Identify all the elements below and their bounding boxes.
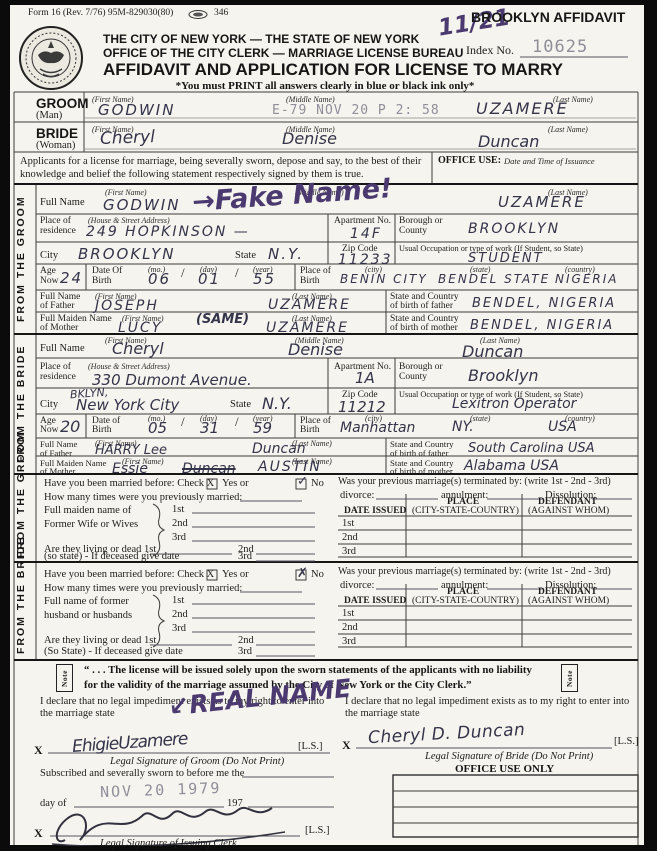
father-label: of Father — [40, 301, 75, 311]
bride-row-sublabel: (Woman) — [36, 140, 75, 151]
groom-borough-value: BROOKLYN — [468, 221, 560, 237]
pob-label: Place of — [300, 266, 331, 276]
bride-middle-name-value: Denise — [282, 129, 337, 148]
bride-father-first-value: HARRY Lee — [95, 443, 167, 458]
groom-father-last-value: UZAMERE — [268, 297, 351, 313]
father-birthplace-label: of birth of father — [390, 448, 448, 458]
city-label: City — [40, 399, 58, 410]
table-row-2nd: 2nd — [342, 622, 358, 633]
groom-birth-country-value: NIGERIA — [555, 272, 618, 286]
groom-row-label: GROOM — [36, 96, 89, 111]
bride-row-label: BRIDE — [36, 126, 78, 141]
bride-dob-year: 59 — [253, 419, 272, 437]
bride-father-last-value: Duncan — [252, 441, 306, 457]
groom-father-birthplace-value: BENDEL, NIGERIA — [472, 296, 616, 311]
bride-x-mark: X — [342, 738, 351, 753]
slash: / — [235, 265, 239, 281]
table-row-3rd: 3rd — [342, 546, 356, 557]
living-3rd-label: 3rd — [238, 646, 252, 657]
pob-label: Birth — [300, 276, 320, 286]
mother-label: of Mother — [40, 466, 75, 476]
place-column-subheader: (CITY-STATE-COUNTRY) — [412, 596, 519, 606]
slash: / — [181, 265, 185, 281]
state-label: State — [235, 250, 256, 261]
full-name-label: Full Name — [40, 343, 85, 354]
print-code: 346 — [214, 8, 228, 18]
bride-mother-struck-name: Duncan — [182, 461, 236, 477]
clerk-x-mark: X — [34, 826, 43, 841]
bride-address-value: 330 Dumont Avenue. — [92, 371, 252, 389]
borough-label: County — [399, 372, 427, 382]
groom-dob-month: 06 — [148, 270, 171, 288]
divorce-label: divorce: — [340, 580, 374, 591]
affidavit-type: BROOKLYN AFFIDAVIT — [471, 9, 625, 25]
mother-birthplace-label: of birth of mother — [390, 323, 458, 333]
deceased-date-label: (So State) - If deceased give date — [44, 646, 183, 657]
no-option-label: No — [311, 478, 324, 489]
bride-birth-country-value: USA — [548, 419, 577, 435]
note-box-right: Note — [561, 664, 578, 692]
groom-section-side-label: FROM THE GROOM — [15, 188, 27, 330]
bride-father-birthplace-value: South Carolina USA — [468, 441, 594, 456]
state-label: State — [230, 399, 251, 410]
yes-option-label: Yes or — [222, 569, 249, 580]
bride-first-name-value: Cheryl — [100, 127, 156, 149]
groom-mother-last-value: UZAMERE — [266, 320, 349, 336]
office-use-only-header: OFFICE USE ONLY — [455, 763, 554, 775]
bride-mother-first-value: Essie — [112, 461, 148, 477]
clerk-ls-label: [L.S.] — [305, 825, 330, 836]
ordinal-2nd: 2nd — [172, 609, 188, 620]
groom-occupation-value: STUDENT — [468, 251, 544, 266]
residence-label: residence — [40, 372, 76, 382]
groom-birth-state-value: BENDEL STATE — [438, 272, 550, 286]
groom-signature-caption: Legal Signature of Groom (Do Not Print) — [110, 756, 284, 767]
place-column-subheader: (CITY-STATE-COUNTRY) — [412, 506, 519, 516]
office-use-label: OFFICE USE: — [438, 155, 501, 166]
form-number: Form 16 (Rev. 7/76) 95M-829030(80) — [28, 8, 173, 18]
no-option-label: No — [311, 569, 324, 580]
ordinal-1st: 1st — [172, 504, 184, 515]
table-row-1st: 1st — [342, 518, 354, 529]
bride-dob-day: 31 — [200, 419, 219, 437]
age-label: Age — [40, 266, 56, 276]
terminated-question: Was your previous marriage(s) terminated… — [338, 476, 611, 487]
bride-apartment-value: 1A — [355, 369, 375, 387]
full-name-label: Full Name — [40, 197, 85, 208]
bride-last-name-value: Duncan — [478, 132, 539, 151]
groom-x-mark: X — [34, 743, 43, 758]
groom-full-first-value: GODWIN — [103, 196, 180, 214]
house-street-label: (House & Street Address) — [88, 362, 170, 371]
bride-full-last-value: Duncan — [462, 342, 523, 361]
father-birthplace-label: of birth of father — [390, 301, 453, 311]
residence-label: residence — [40, 226, 76, 236]
dob-label: Date Of — [92, 266, 122, 276]
last-name-label: (Last Name) — [548, 125, 588, 134]
bride-full-first-value: Cheryl — [112, 339, 164, 358]
bride-ls-label: [L.S.] — [614, 736, 639, 747]
groom-last-name-value: UZAMERE — [476, 99, 569, 118]
apartment-label: Apartment No. — [334, 216, 391, 226]
note-label: Note — [60, 670, 69, 687]
table-row-1st: 1st — [342, 608, 354, 619]
bride-occupation-value: Lexitron Operator — [452, 396, 576, 412]
bride-history-side-label: FROM THE BRIDE — [15, 568, 27, 654]
former-spouse-label: Full maiden name of — [44, 505, 131, 516]
times-married-question: How many times were you previously marri… — [44, 492, 242, 503]
nyc-city-seal — [18, 25, 84, 91]
bride-birth-state-value: NY. — [452, 419, 474, 435]
former-spouse-label: Full name of former — [44, 596, 129, 607]
groom-dob-year: 55 — [253, 270, 276, 288]
groom-father-first-value: JOSEPH — [95, 298, 159, 314]
dob-label: Birth — [92, 276, 112, 286]
bride-declaration-text: I declare that no legal impediment exist… — [345, 696, 633, 720]
index-number-stamp: 10625 — [532, 37, 588, 57]
index-label: Index No. — [466, 43, 514, 58]
borough-label: Borough or — [399, 362, 443, 372]
dob-label: Birth — [92, 425, 112, 435]
living-3rd-label: 3rd — [238, 551, 252, 562]
mother-same-note: (SAME) — [196, 312, 249, 327]
living-2nd-label: 2nd — [238, 635, 254, 646]
groom-age-value: 24 — [60, 269, 83, 287]
groom-first-name-value: GODWIN — [98, 101, 175, 119]
city-label: City — [40, 250, 58, 261]
note-box-left: Note — [56, 664, 73, 692]
bride-signature-caption: Legal Signature of Bride (Do Not Print) — [425, 751, 593, 762]
age-label: Now — [40, 425, 58, 435]
groom-row-sublabel: (Man) — [36, 110, 62, 121]
org-line-2: OFFICE OF THE CITY CLERK — MARRIAGE LICE… — [103, 46, 463, 60]
org-line-1: THE CITY OF NEW YORK — THE STATE OF NEW … — [103, 32, 419, 46]
table-row-2nd: 2nd — [342, 532, 358, 543]
bride-borough-value: Brooklyn — [468, 366, 538, 385]
groom-address-value: 249 HOPKINSON — — [86, 224, 250, 240]
table-row-3rd: 3rd — [342, 636, 356, 647]
pob-label: Birth — [300, 425, 320, 435]
borough-label: County — [399, 226, 427, 236]
clerk-signature-caption: Legal Signature of Issuing Clerk — [100, 838, 237, 849]
page-title: AFFIDAVIT AND APPLICATION FOR LICENSE TO… — [103, 60, 563, 80]
defendant-column-subheader: (AGAINST WHOM) — [528, 596, 609, 606]
groom-dob-day: 01 — [198, 270, 221, 288]
date-issued-column-header: DATE ISSUED — [344, 596, 406, 606]
terminated-question: Was your previous marriage(s) terminated… — [338, 566, 611, 577]
bride-city-value: New York City — [76, 396, 179, 414]
deceased-date-label: (so state) - If deceased give date — [44, 551, 179, 562]
borough-label: Borough or — [399, 216, 443, 226]
subscribed-sworn-text: Subscribed and severally sworn to before… — [40, 768, 244, 779]
groom-full-last-value: UZAMERE — [498, 193, 586, 211]
groom-apartment-value: 14F — [350, 226, 382, 242]
bride-full-middle-value: Denise — [288, 340, 343, 359]
groom-ls-label: [L.S.] — [298, 741, 323, 752]
date-issued-column-header: DATE ISSUED — [344, 506, 406, 516]
residence-label: Place of — [40, 362, 71, 372]
ordinal-3rd: 3rd — [172, 623, 186, 634]
age-label: Now — [40, 276, 58, 286]
ordinal-1st: 1st — [172, 595, 184, 606]
groom-birth-city-value: BENIN CITY — [340, 272, 428, 286]
print-instruction: *You must PRINT all answers clearly in b… — [90, 80, 560, 92]
mother-birthplace-label: of birth of mother — [390, 466, 453, 476]
slash: / — [181, 414, 185, 430]
office-use-note: Date and Time of Issuance — [504, 156, 595, 166]
scanned-marriage-affidavit: Form 16 (Rev. 7/76) 95M-829030(80) 346 1… — [0, 0, 657, 851]
ordinal-3rd: 3rd — [172, 532, 186, 543]
groom-city-value: BROOKLYN — [78, 245, 175, 263]
no-checkbox-mark: ✓ — [297, 474, 308, 489]
defendant-column-subheader: (AGAINST WHOM) — [528, 506, 609, 516]
received-time-stamp: E-79 NOV 20 P 2: 58 — [272, 103, 440, 118]
married-before-question: Have you been married before: Check X — [44, 569, 214, 580]
bride-birth-city-value: Manhattan — [340, 420, 415, 436]
slash: / — [235, 414, 239, 430]
bride-mother-birthplace-value: Alabama USA — [464, 458, 559, 474]
times-married-question: How many times were you previously marri… — [44, 583, 242, 594]
married-before-question: Have you been married before: Check X — [44, 478, 214, 489]
union-bug-icon — [188, 10, 208, 19]
residence-label: Place of — [40, 216, 71, 226]
mother-label: of Mother — [40, 323, 78, 333]
bride-mother-last-value: AUSTIN — [258, 459, 322, 475]
note-label: Note — [565, 670, 574, 687]
no-checkbox-mark: ✗ — [297, 566, 308, 581]
divorce-label: divorce: — [340, 490, 374, 501]
groom-mother-birthplace-value: BENDEL, NIGERIA — [470, 318, 614, 333]
groom-mother-first-value: LUCY — [118, 320, 162, 336]
former-spouse-label: Former Wife or Wives — [44, 519, 138, 530]
former-spouse-label: husband or husbands — [44, 610, 132, 621]
bride-dob-month: 05 — [148, 419, 167, 437]
father-label: of Father — [40, 448, 72, 458]
bride-age-value: 20 — [60, 417, 80, 436]
bride-state-value: N.Y. — [262, 394, 292, 413]
ordinal-2nd: 2nd — [172, 518, 188, 529]
groom-state-value: N.Y. — [268, 245, 304, 263]
yes-option-label: Yes or — [222, 478, 249, 489]
living-or-dead-label: Are they living or dead 1st — [44, 635, 156, 646]
